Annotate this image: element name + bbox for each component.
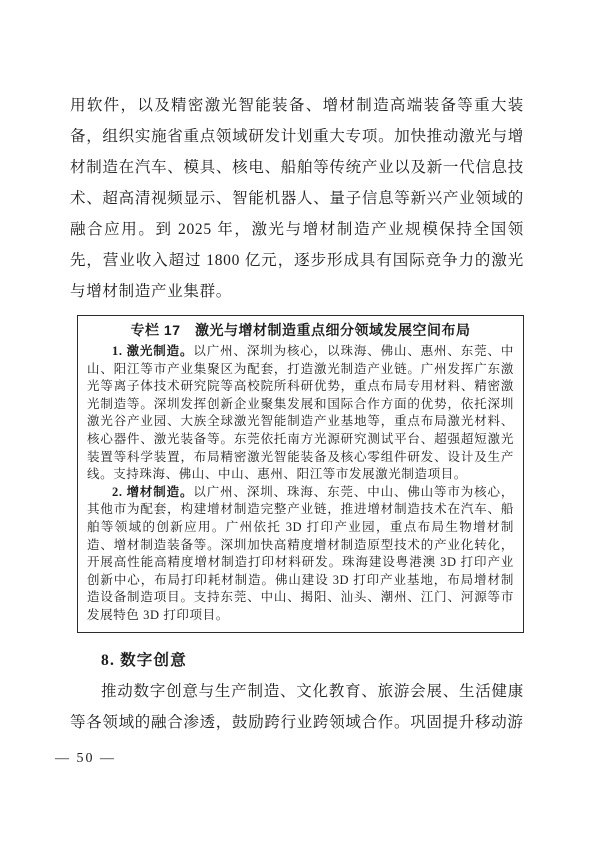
column-box-17: 专栏 17 激光与增材制造重点细分领域发展空间布局 1. 激光制造。以广州、深圳… [77, 315, 524, 633]
column-box-item-additive: 2. 增材制造。以广州、深圳、珠海、东莞、中山、佛山等市为核心，其他市为配套，构… [87, 484, 514, 625]
column-box-item-2-text: 以广州、深圳、珠海、东莞、中山、佛山等市为核心，其他市为配套，构建增材制造完整产… [87, 485, 514, 622]
column-box-title: 专栏 17 激光与增材制造重点细分领域发展空间布局 [87, 320, 514, 341]
section-heading-digital-creative: 8. 数字创意 [70, 645, 524, 676]
column-box-item-1-label: 1. 激光制造。 [112, 344, 193, 358]
text-block: 用软件，以及精密激光智能装备、增材制造高端装备等重大装备，组织实施省重点领域研发… [70, 90, 524, 738]
document-page: 用软件，以及精密激光智能装备、增材制造高端装备等重大装备，组织实施省重点领域研发… [0, 0, 600, 848]
column-box-item-laser: 1. 激光制造。以广州、深圳为核心，以珠海、佛山、惠州、东莞、中山、阳江等市产业… [87, 343, 514, 484]
column-box-item-1-text: 以广州、深圳为核心，以珠海、佛山、惠州、东莞、中山、阳江等市产业集聚区为配套，打… [87, 344, 514, 481]
page-number: — 50 — [55, 748, 116, 770]
body-paragraph-continuation: 用软件，以及精密激光智能装备、增材制造高端装备等重大装备，组织实施省重点领域研发… [70, 90, 524, 307]
column-box-item-2-label: 2. 增材制造。 [112, 485, 193, 499]
body-paragraph-next: 推动数字创意与生产制造、文化教育、旅游会展、生活健康等各领域的融合渗透，鼓励跨行… [70, 676, 524, 738]
